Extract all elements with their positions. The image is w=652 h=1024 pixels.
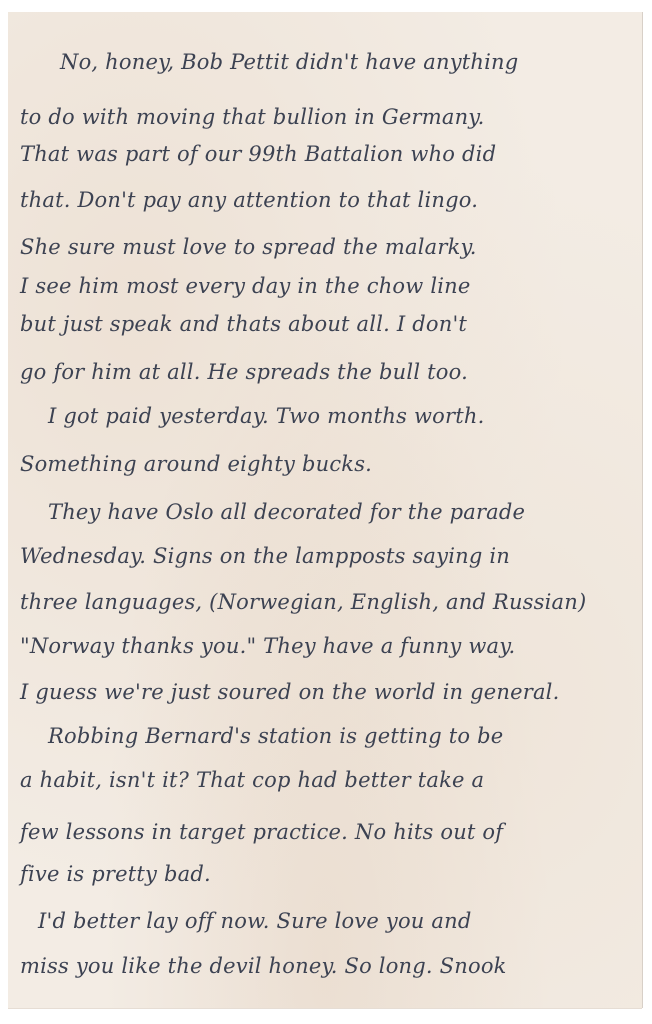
letter-line-2: to do with moving that bullion in German… (20, 105, 484, 129)
letter-line-16: Robbing Bernard's station is getting to … (48, 724, 503, 748)
letter-line-9: I got paid yesterday. Two months worth. (48, 404, 484, 428)
letter-line-7: but just speak and thats about all. I do… (20, 312, 467, 336)
letter-line-17: a habit, isn't it? That cop had better t… (20, 768, 484, 792)
letter-line-4: that. Don't pay any attention to that li… (20, 188, 478, 212)
letter-line-11: They have Oslo all decorated for the par… (48, 500, 525, 524)
letter-line-1: No, honey, Bob Pettit didn't have anythi… (60, 50, 518, 74)
letter-line-18: few lessons in target practice. No hits … (20, 820, 503, 844)
letter-line-21: miss you like the devil honey. So long. … (20, 954, 507, 978)
letter-line-8: go for him at all. He spreads the bull t… (20, 360, 468, 384)
letter-line-10: Something around eighty bucks. (20, 452, 372, 476)
letter-line-14: "Norway thanks you." They have a funny w… (20, 634, 515, 658)
letter-line-12: Wednesday. Signs on the lampposts saying… (20, 544, 510, 568)
letter-page: No, honey, Bob Pettit didn't have anythi… (8, 12, 642, 1008)
letter-line-5: She sure must love to spread the malarky… (20, 235, 477, 259)
letter-line-15: I guess we're just soured on the world i… (20, 680, 559, 704)
letter-line-6: I see him most every day in the chow lin… (20, 274, 471, 298)
letter-line-20: I'd better lay off now. Sure love you an… (38, 909, 472, 933)
letter-line-3: That was part of our 99th Battalion who … (20, 142, 496, 166)
letter-line-19: five is pretty bad. (20, 862, 211, 886)
letter-line-13: three languages, (Norwegian, English, an… (20, 590, 586, 614)
